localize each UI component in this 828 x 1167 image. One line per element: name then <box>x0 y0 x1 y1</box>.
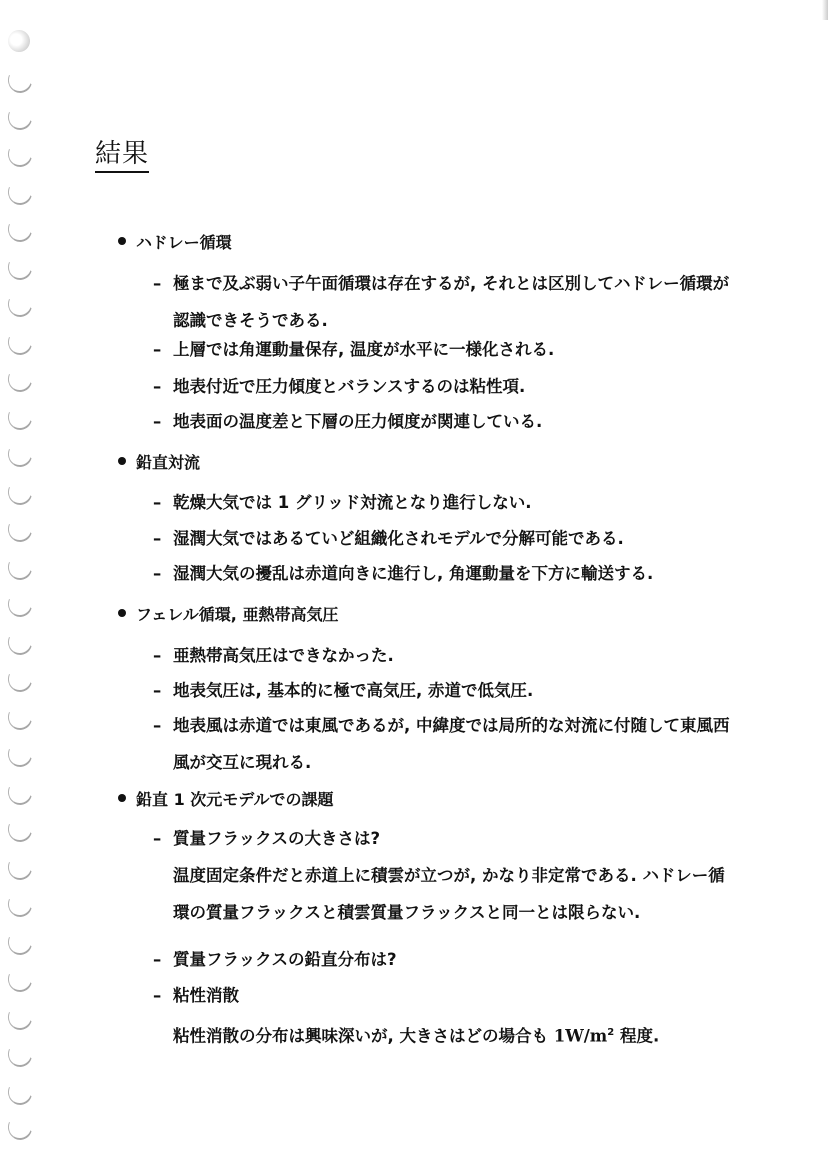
binder-hole-icon <box>4 214 35 246</box>
item-detail-text: 温度固定条件だと赤道上に積雲が立つが, かなり非定常である. ハドレー循環の質量… <box>173 857 733 931</box>
section-1d-model: 鉛直 1 次元モデルでの課題 <box>118 786 333 810</box>
list-item: – 湿潤大気ではあるていど組織化されモデルで分解可能である. <box>153 520 733 557</box>
bullet-icon <box>118 457 126 465</box>
item-text: 上層では角運動量保存, 温度が水平に一様化される. <box>173 331 733 368</box>
binder-hole-icon <box>4 814 35 846</box>
binder-hole-icon <box>4 589 35 621</box>
dash-icon: – <box>153 977 161 1014</box>
binder-hole-icon <box>4 777 35 809</box>
binder-hole-icon <box>4 252 35 284</box>
item-text: 地表付近で圧力傾度とバランスするのは粘性項. <box>173 368 733 405</box>
dash-icon: – <box>153 637 161 674</box>
list-item: – 粘性消散 粘性消散の分布は興味深いが, 大きさはどの場合も 1W/m2 程度… <box>153 977 753 1055</box>
binder-hole-icon <box>4 327 35 359</box>
item-text: 亜熱帯高気圧はできなかった. <box>173 637 733 674</box>
item-text: 極まで及ぶ弱い子午面循環は存在するが, それとは区別してハドレー循環が認識できそ… <box>173 265 733 339</box>
dash-icon: – <box>153 707 161 744</box>
bullet-icon <box>118 237 126 245</box>
list-item: – 質量フラックスの鉛直分布は? <box>153 941 733 978</box>
dash-icon: – <box>153 265 161 302</box>
binder-hole-icon <box>4 139 35 171</box>
binder-holes <box>8 0 38 1167</box>
list-item: – 地表気圧は, 基本的に極で高気圧, 赤道で低気圧. <box>153 672 733 709</box>
list-item: – 質量フラックスの大きさは? 温度固定条件だと赤道上に積雲が立つが, かなり非… <box>153 820 733 931</box>
detail-text: 粘性消散の分布は興味深いが, 大きさはどの場合も <box>173 1027 548 1046</box>
list-item: – 地表面の温度差と下層の圧力傾度が関連している. <box>153 403 733 440</box>
unit-text: 1W/m <box>554 1027 608 1046</box>
heading-text: フェレル循環, 亜熱帯高気圧 <box>136 602 338 625</box>
dash-icon: – <box>153 820 161 857</box>
section-convection: 鉛直対流 <box>118 449 200 473</box>
dash-icon: – <box>153 672 161 709</box>
binder-hole-icon <box>4 1077 35 1109</box>
page-title: 結果 <box>95 138 149 173</box>
item-text: 地表面の温度差と下層の圧力傾度が関連している. <box>173 403 733 440</box>
list-item: – 湿潤大気の擾乱は赤道向きに進行し, 角運動量を下方に輸送する. <box>153 555 753 592</box>
item-text: 粘性消散 <box>173 977 753 1014</box>
binder-hole-icon <box>4 552 35 584</box>
binder-hole-icon <box>5 27 33 55</box>
binder-hole-icon <box>4 927 35 959</box>
binder-hole-icon <box>4 65 35 97</box>
binder-hole-icon <box>4 702 35 734</box>
item-text: 質量フラックスの大きさは? <box>173 820 733 857</box>
list-item: – 地表風は赤道では東風であるが, 中緯度では局所的な対流に付随して東風西風が交… <box>153 707 733 781</box>
bullet-icon <box>118 794 126 802</box>
item-text: 質量フラックスの鉛直分布は? <box>173 941 733 978</box>
bullet-icon <box>118 609 126 617</box>
binder-hole-icon <box>4 664 35 696</box>
page-corner-shadow <box>822 0 828 20</box>
bullet-heading: 鉛直対流 <box>118 449 200 473</box>
list-item: – 上層では角運動量保存, 温度が水平に一様化される. <box>153 331 733 368</box>
bullet-heading: ハドレー循環 <box>118 229 232 253</box>
item-text: 地表気圧は, 基本的に極で高気圧, 赤道で低気圧. <box>173 672 733 709</box>
binder-hole-icon <box>4 402 35 434</box>
binder-hole-icon <box>4 289 35 321</box>
binder-hole-icon <box>4 1039 35 1071</box>
section-hadley: ハドレー循環 <box>118 229 232 253</box>
dash-icon: – <box>153 403 161 440</box>
dash-icon: – <box>153 368 161 405</box>
list-item: – 地表付近で圧力傾度とバランスするのは粘性項. <box>153 368 733 405</box>
binder-hole-icon <box>4 177 35 209</box>
binder-hole-icon <box>4 889 35 921</box>
bullet-heading: 鉛直 1 次元モデルでの課題 <box>118 786 333 810</box>
list-item: – 極まで及ぶ弱い子午面循環は存在するが, それとは区別してハドレー循環が認識で… <box>153 265 733 339</box>
section-ferrel: フェレル循環, 亜熱帯高気圧 <box>118 601 338 625</box>
binder-hole-icon <box>4 852 35 884</box>
unit-exponent: 2 <box>607 1027 614 1038</box>
item-text: 乾燥大気では 1 グリッド対流となり進行しない. <box>173 484 733 521</box>
dash-icon: – <box>153 484 161 521</box>
dash-icon: – <box>153 520 161 557</box>
detail-suffix: 程度. <box>620 1027 659 1046</box>
list-item: – 亜熱帯高気圧はできなかった. <box>153 637 733 674</box>
binder-hole-icon <box>4 477 35 509</box>
binder-hole-icon <box>4 964 35 996</box>
binder-hole-icon <box>4 1002 35 1034</box>
dash-icon: – <box>153 555 161 592</box>
binder-hole-icon <box>4 739 35 771</box>
bullet-heading: フェレル循環, 亜熱帯高気圧 <box>118 601 338 625</box>
binder-hole-icon <box>4 514 35 546</box>
binder-hole-icon <box>4 439 35 471</box>
list-item: – 乾燥大気では 1 グリッド対流となり進行しない. <box>153 484 733 521</box>
heading-text: 鉛直 1 次元モデルでの課題 <box>136 787 333 810</box>
binder-hole-icon <box>4 627 35 659</box>
binder-hole-icon <box>4 1112 35 1144</box>
heading-text: ハドレー循環 <box>136 230 232 253</box>
heading-text: 鉛直対流 <box>136 450 200 473</box>
binder-hole-icon <box>4 102 35 134</box>
item-text: 湿潤大気ではあるていど組織化されモデルで分解可能である. <box>173 520 733 557</box>
binder-hole-icon <box>4 364 35 396</box>
dash-icon: – <box>153 331 161 368</box>
item-text: 地表風は赤道では東風であるが, 中緯度では局所的な対流に付随して東風西風が交互に… <box>173 707 733 781</box>
item-text: 湿潤大気の擾乱は赤道向きに進行し, 角運動量を下方に輸送する. <box>173 555 753 592</box>
dash-icon: – <box>153 941 161 978</box>
item-detail-text: 粘性消散の分布は興味深いが, 大きさはどの場合も 1W/m2 程度. <box>173 1014 753 1055</box>
